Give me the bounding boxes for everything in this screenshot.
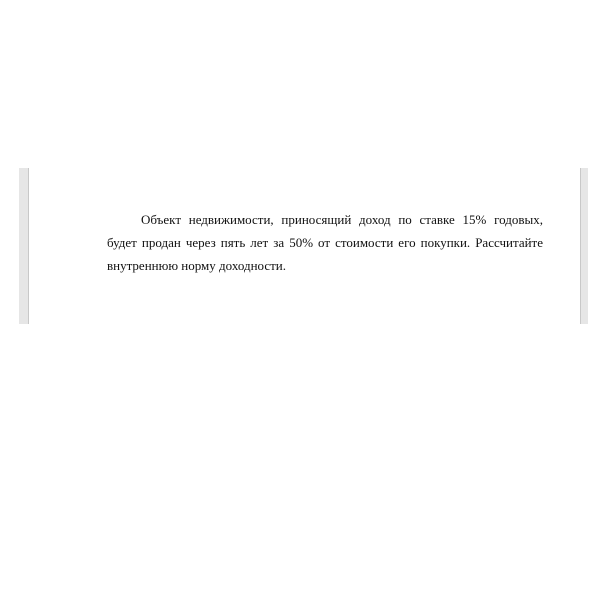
page-right-margin-bar: [580, 168, 588, 324]
page-left-margin-bar: [19, 168, 29, 324]
problem-paragraph: Объект недвижимости, приносящий доход по…: [107, 208, 543, 277]
document-body: Объект недвижимости, приносящий доход по…: [107, 208, 543, 277]
